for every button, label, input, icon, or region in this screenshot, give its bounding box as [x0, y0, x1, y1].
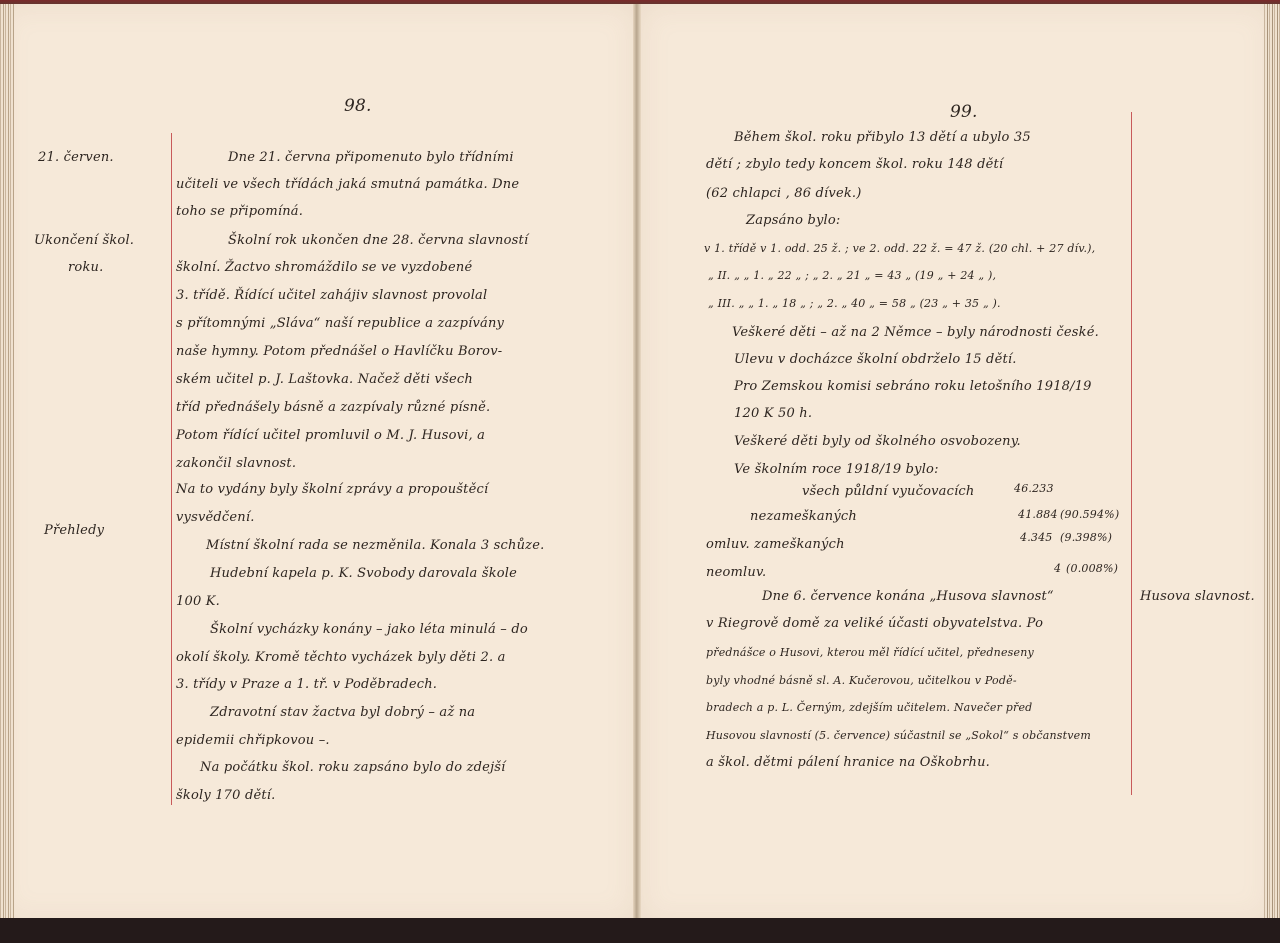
left-page-number: 98.	[344, 96, 372, 116]
text-line: okolí školy. Kromě těchto vycházek byly …	[176, 650, 506, 665]
right-page-number: 99.	[950, 102, 978, 122]
open-ledger-book: 98. 99. 21. červen. Ukončení škol. roku.…	[0, 0, 1280, 943]
left-page-edges	[0, 4, 14, 921]
attendance-value-excused: 4.345	[1020, 531, 1053, 544]
text-line: školní. Žactvo shromáždilo se ve vyzdobe…	[176, 260, 472, 275]
text-line: a škol. dětmi pálení hranice na Oškobrhu…	[706, 755, 990, 770]
text-line: Dne 6. července konána „Husova slavnost“	[762, 589, 1054, 604]
attendance-percent-excused: (9.398%)	[1060, 531, 1112, 544]
attendance-value-unmissed: 41.884	[1018, 508, 1058, 521]
text-line: Na to vydány byly školní zprávy a propou…	[176, 482, 488, 497]
attendance-label-unexcused: neomluv.	[706, 565, 766, 580]
background-surface	[0, 918, 1280, 943]
attendance-label-total: všech půldní vyučovacích	[802, 484, 975, 499]
margin-note-school-year-end: Ukončení škol.	[34, 233, 134, 248]
text-line: dětí ; zbylo tedy koncem škol. roku 148 …	[706, 157, 1003, 172]
text-line: bradech a p. L. Černým, zdejším učitelem…	[706, 701, 1032, 714]
attendance-value-unexcused: 4	[1054, 562, 1061, 575]
text-line: Místní školní rada se nezměnila. Konala …	[206, 538, 544, 553]
margin-note-school-year-end-cont: roku.	[68, 260, 103, 275]
text-line: toho se připomíná.	[176, 204, 303, 219]
text-line: ském učitel p. J. Laštovka. Načež děti v…	[176, 372, 473, 387]
text-line: tříd přednášely básně a zazpívaly různé …	[176, 400, 490, 415]
text-line: vysvědčení.	[176, 510, 255, 525]
text-line: 3. třídě. Řídící učitel zahájiv slavnost…	[176, 288, 487, 303]
left-page	[0, 4, 636, 921]
attendance-value-total: 46.233	[1014, 482, 1054, 495]
margin-note-hus-celebration: Husova slavnost.	[1140, 589, 1255, 604]
text-line: Husovou slavností (5. července) súčastni…	[706, 729, 1091, 742]
text-line: Veškeré děti byly od školného osvobozeny…	[734, 434, 1021, 449]
margin-note-overviews: Přehledy	[44, 523, 104, 538]
text-line: epidemii chřipkovou –.	[176, 733, 330, 748]
text-line: 3. třídy v Praze a 1. tř. v Poděbradech.	[176, 677, 437, 692]
left-page-margin-rule	[171, 133, 172, 805]
right-page-edges	[1264, 4, 1280, 922]
right-page-margin-rule	[1131, 112, 1132, 795]
margin-note-date: 21. červen.	[38, 150, 114, 165]
text-line: s přítomnými „Sláva“ naší republice a za…	[176, 316, 504, 331]
text-line: byly vhodné básně sl. A. Kučerovou, učit…	[706, 674, 1017, 687]
enrollment-row-class-3: „ III. „ „ 1. „ 18 „ ; „ 2. „ 40 „ = 58 …	[708, 297, 1001, 310]
text-line: přednášce o Husovi, kterou měl řídící uč…	[706, 646, 1034, 659]
enrollment-row-class-1: v 1. třídě v 1. odd. 25 ž. ; ve 2. odd. …	[704, 242, 1095, 255]
text-line: Hudební kapela p. K. Svobody darovala šk…	[210, 566, 517, 581]
text-line: naše hymny. Potom přednášel o Havlíčku B…	[176, 344, 502, 359]
text-line: 100 K.	[176, 594, 220, 609]
attendance-percent-unexcused: (0.008%)	[1066, 562, 1118, 575]
text-line: Na počátku škol. roku zapsáno bylo do zd…	[200, 760, 506, 775]
text-line: v Riegrově domě za veliké účasti obyvate…	[706, 616, 1043, 631]
text-line: zakončil slavnost.	[176, 456, 296, 471]
book-gutter	[633, 4, 641, 919]
text-line: Zapsáno bylo:	[746, 213, 841, 228]
text-line: Během škol. roku přibylo 13 dětí a ubylo…	[734, 130, 1031, 145]
text-line: Ve školním roce 1918/19 bylo:	[734, 462, 939, 477]
text-line: Potom řídící učitel promluvil o M. J. Hu…	[176, 428, 485, 443]
text-line: Ulevu v docházce školní obdrželo 15 dětí…	[734, 352, 1017, 367]
text-line: Dne 21. června připomenuto bylo třídními	[228, 150, 514, 165]
text-line: Veškeré děti – až na 2 Němce – byly náro…	[732, 325, 1099, 340]
attendance-label-unmissed: nezameškaných	[750, 509, 857, 524]
enrollment-row-class-2: „ II. „ „ 1. „ 22 „ ; „ 2. „ 21 „ = 43 „…	[708, 269, 996, 282]
text-line: 120 K 50 h.	[734, 406, 812, 421]
text-line: školy 170 dětí.	[176, 788, 275, 803]
text-line: Pro Zemskou komisi sebráno roku letošníh…	[734, 379, 1092, 394]
text-line: Zdravotní stav žactva byl dobrý – až na	[210, 705, 475, 720]
text-line: (62 chlapci , 86 dívek.)	[706, 186, 862, 201]
attendance-percent-unmissed: (90.594%)	[1060, 508, 1119, 521]
text-line: Školní rok ukončen dne 28. června slavno…	[228, 233, 528, 248]
text-line: Školní vycházky konány – jako léta minul…	[210, 622, 528, 637]
attendance-label-excused: omluv. zameškaných	[706, 537, 845, 552]
text-line: učiteli ve všech třídách jaká smutná pam…	[176, 177, 519, 192]
